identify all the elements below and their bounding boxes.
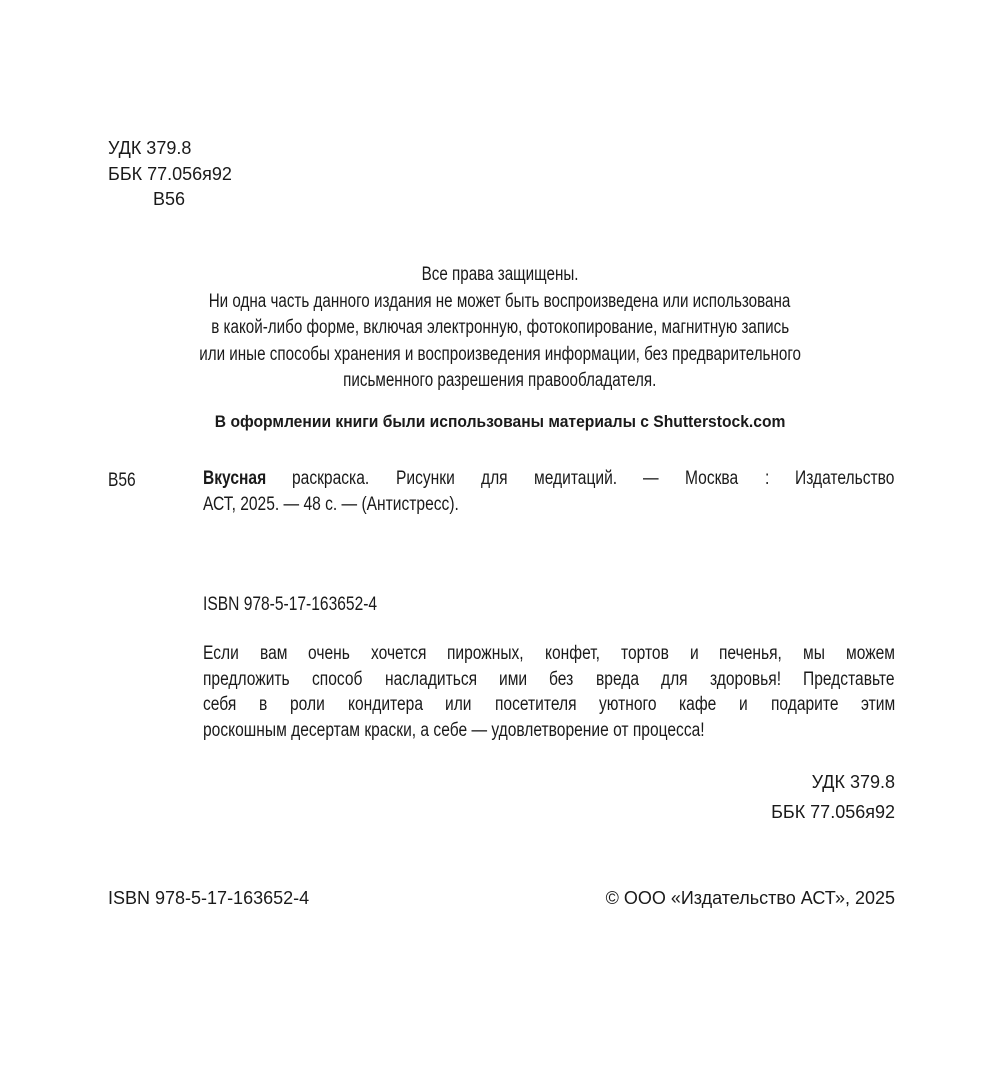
word: : — [765, 466, 769, 492]
rights-line: в какой-либо форме, включая электронную,… — [0, 315, 1000, 342]
word: себя — [203, 692, 230, 718]
word: ими — [499, 667, 522, 693]
word: пирожных, — [447, 641, 510, 667]
word: кафе — [679, 692, 710, 718]
annotation-paragraph: Есливамоченьхочетсяпирожных,конфет,торто… — [203, 641, 895, 743]
author-mark-top: В56 — [153, 187, 185, 212]
word: очень — [308, 641, 342, 667]
word: для — [661, 667, 683, 693]
isbn-main: ISBN 978-5-17-163652-4 — [203, 592, 415, 617]
word: Если — [203, 641, 232, 667]
bibliographic-line-2: АСТ, 2025. — 48 с. — (Антистресс). — [203, 492, 895, 518]
bbk-code-top: ББК 77.056я92 — [108, 162, 232, 187]
word: Издательство — [795, 466, 877, 492]
bibliographic-author-mark: В56 — [108, 468, 142, 493]
word: кондитера — [348, 692, 410, 718]
udk-code-top: УДК 379.8 — [108, 136, 191, 161]
word: и — [690, 641, 697, 667]
word: хочется — [371, 641, 416, 667]
word: и — [739, 692, 746, 718]
word: раскраска. — [292, 466, 355, 492]
word: медитаций. — [534, 466, 602, 492]
word: мы — [803, 641, 821, 667]
word: здоровья! — [710, 667, 768, 693]
word: печенья, — [719, 641, 771, 667]
copyright-notice: © ООО «Издательство АСТ», 2025 — [606, 886, 895, 911]
book-title-bold: Вкусная — [203, 466, 255, 492]
word: насладиться — [385, 667, 461, 693]
word: Рисунки — [396, 466, 444, 492]
bibliographic-line-1: Вкусная раскраска.Рисункидлямедитаций.—М… — [203, 466, 895, 492]
word: для — [481, 466, 503, 492]
udk-code-bottom: УДК 379.8 — [812, 770, 895, 795]
word: тортов — [621, 641, 660, 667]
word: этим — [861, 692, 889, 718]
word: подарите — [771, 692, 826, 718]
bbk-code-bottom: ББК 77.056я92 — [771, 800, 895, 825]
word: роли — [290, 692, 319, 718]
word: предложить — [203, 667, 274, 693]
rights-line: письменного разрешения правообладателя. — [0, 368, 1000, 395]
word: конфет, — [545, 641, 590, 667]
bibliographic-entry: Вкусная раскраска.Рисункидлямедитаций.—М… — [203, 466, 895, 518]
rights-line: или иные способы хранения и воспроизведе… — [0, 342, 1000, 369]
word: или — [445, 692, 467, 718]
annotation-line: роскошным десертам краски, а себе — удов… — [203, 718, 895, 744]
word: вам — [260, 641, 283, 667]
word: в — [259, 692, 266, 718]
rights-line: Ни одна часть данного издания не может б… — [0, 289, 1000, 316]
word: вреда — [596, 667, 631, 693]
annotation-line: Есливамоченьхочетсяпирожных,конфет,торто… — [203, 641, 895, 667]
rights-line: Все права защищены. — [0, 262, 1000, 289]
word: способ — [312, 667, 353, 693]
word: — — [643, 466, 656, 492]
word: Москва — [685, 466, 729, 492]
word: можем — [846, 641, 886, 667]
word: уютного — [599, 692, 646, 718]
word: Представьте — [803, 667, 878, 693]
word: посетителя — [495, 692, 562, 718]
annotation-line: предложитьспособнасладитьсяимибезвредадл… — [203, 667, 895, 693]
isbn-footer: ISBN 978-5-17-163652-4 — [108, 886, 309, 911]
annotation-line: себявроликондитераилипосетителяуютногока… — [203, 692, 895, 718]
word: без — [549, 667, 569, 693]
image-credit: В оформлении книги были использованы мат… — [0, 411, 1000, 433]
rights-notice: Все права защищены. Ни одна часть данног… — [0, 262, 1000, 395]
